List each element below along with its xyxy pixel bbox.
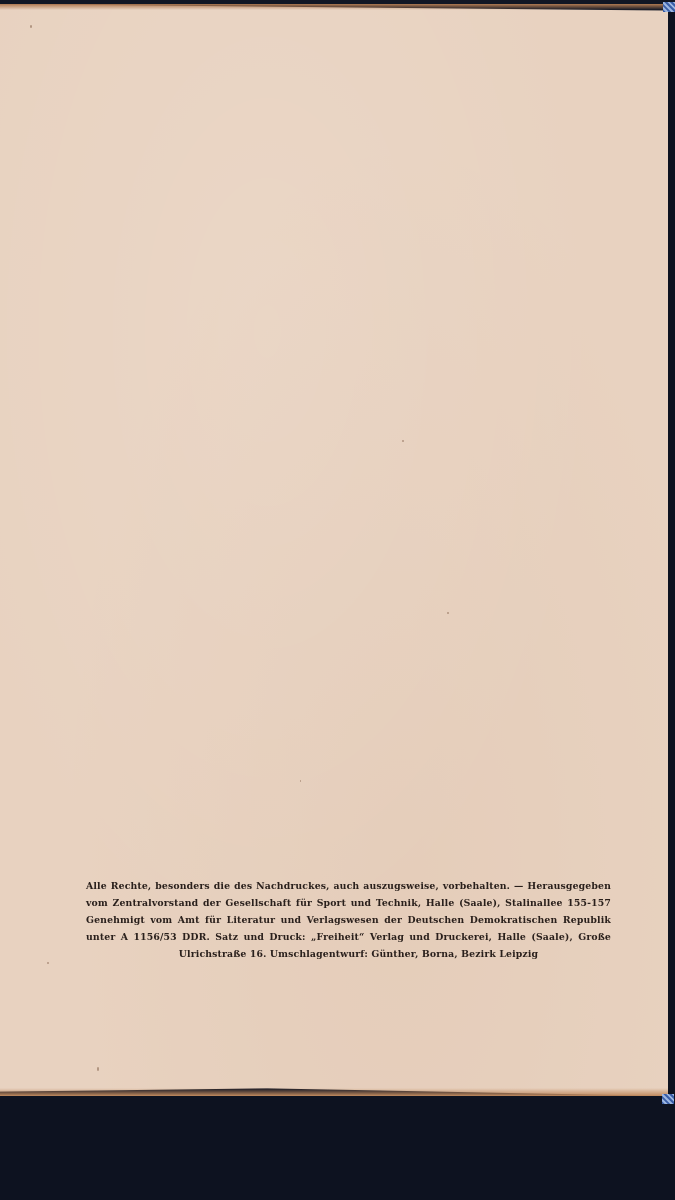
paper-speck xyxy=(97,1067,99,1071)
corner-mark-bottom xyxy=(662,1094,674,1104)
paper-speck xyxy=(30,25,32,28)
corner-mark-top xyxy=(663,2,675,12)
imprint-line: Ulrichstraße 16. Umschlagentwurf: Günthe… xyxy=(86,946,611,963)
page-top-edge xyxy=(0,4,668,10)
imprint-line: Genehmigt vom Amt für Literatur und Verl… xyxy=(86,912,611,929)
imprint-line: unter A 1156/53 DDR. Satz und Druck: „Fr… xyxy=(86,929,611,946)
page-bottom-edge xyxy=(0,1088,668,1096)
paper-speck xyxy=(47,962,49,964)
imprint-text-block: Alle Rechte, besonders die des Nachdruck… xyxy=(86,878,611,963)
imprint-line: vom Zentralvorstand der Gesellschaft für… xyxy=(86,895,611,912)
imprint-line: Alle Rechte, besonders die des Nachdruck… xyxy=(86,878,611,895)
paper-speck xyxy=(447,612,449,614)
paper-speck xyxy=(402,440,404,442)
paper-speck xyxy=(300,780,301,782)
